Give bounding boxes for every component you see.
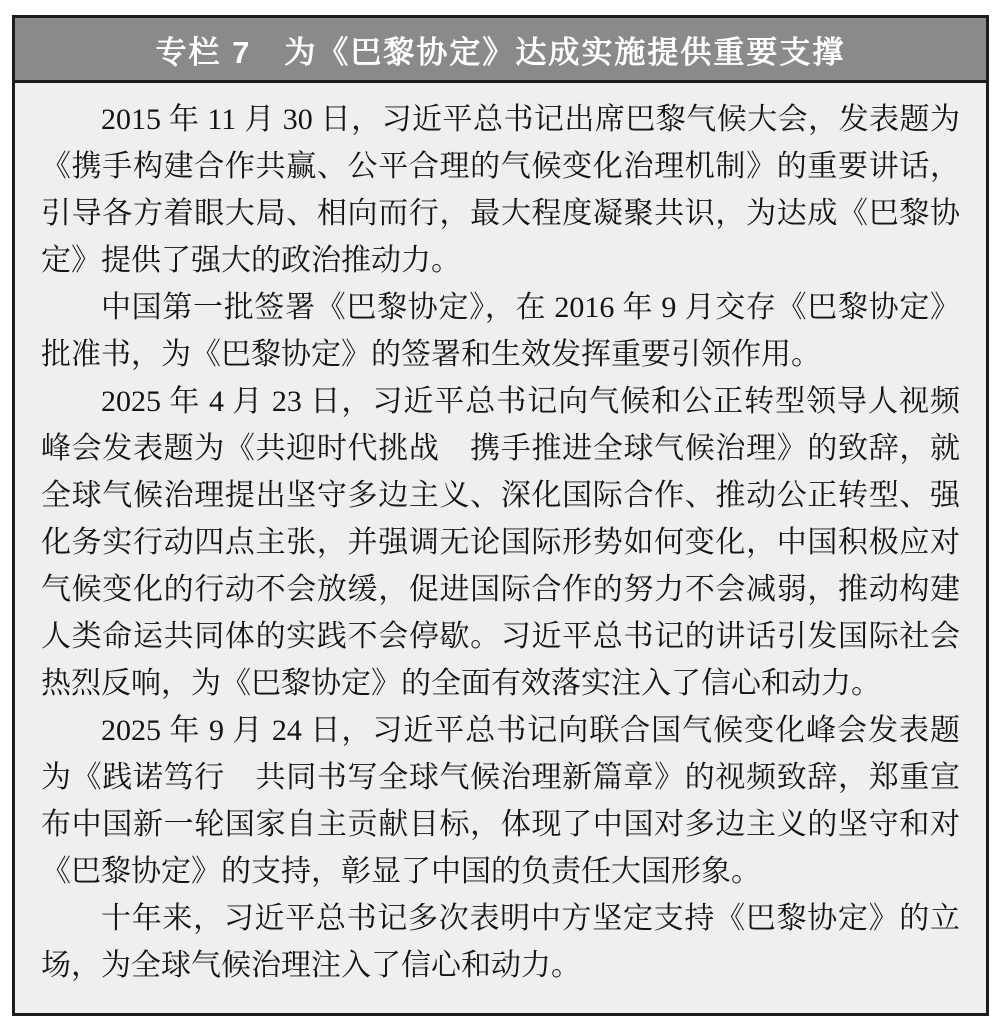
column-header: 专栏 7 为《巴黎协定》达成实施提供重要支撑 xyxy=(15,18,986,83)
paragraph: 2015 年 11 月 30 日，习近平总书记出席巴黎气候大会，发表题为《携手构… xyxy=(41,96,960,284)
column-title: 专栏 7 为《巴黎协定》达成实施提供重要支撑 xyxy=(156,27,846,72)
paragraph: 2025 年 9 月 24 日，习近平总书记向联合国气候变化峰会发表题为《践诺笃… xyxy=(41,707,960,895)
paragraph: 十年来，习近平总书记多次表明中方坚定支持《巴黎协定》的立场，为全球气候治理注入了… xyxy=(41,895,960,989)
document-page: 专栏 7 为《巴黎协定》达成实施提供重要支撑 2015 年 11 月 30 日，… xyxy=(0,0,1000,1031)
column-box: 专栏 7 为《巴黎协定》达成实施提供重要支撑 2015 年 11 月 30 日，… xyxy=(12,15,989,1016)
paragraph: 中国第一批签署《巴黎协定》，在 2016 年 9 月交存《巴黎协定》批准书，为《… xyxy=(41,284,960,378)
column-body: 2015 年 11 月 30 日，习近平总书记出席巴黎气候大会，发表题为《携手构… xyxy=(15,83,986,989)
paragraph: 2025 年 4 月 23 日，习近平总书记向气候和公正转型领导人视频峰会发表题… xyxy=(41,378,960,707)
